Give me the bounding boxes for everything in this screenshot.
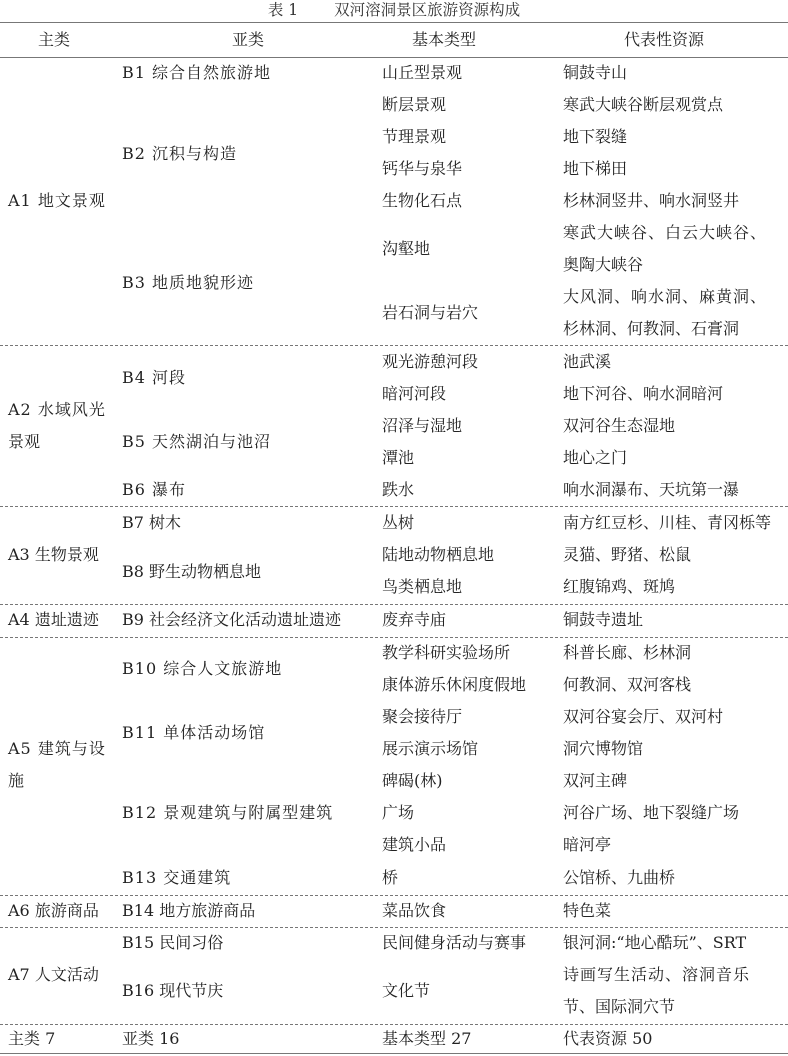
top-rule: [0, 22, 788, 23]
basic-type: 山丘型景观: [382, 57, 462, 89]
sub-category: B14 地方旅游商品: [122, 895, 255, 927]
sub-category: B13 交通建筑: [122, 862, 231, 894]
basic-type: 鸟类栖息地: [382, 571, 462, 603]
basic-type: 观光游憩河段: [382, 346, 478, 378]
representative-resource-line: 诗画写生活动、溶洞音乐: [563, 959, 750, 991]
basic-type: 沼泽与湿地: [382, 410, 462, 442]
main-category: A7 人文活动: [8, 959, 99, 991]
sub-category: B9 社会经济文化活动遗址遗迹: [122, 604, 341, 636]
basic-type: 聚会接待厅: [382, 701, 462, 733]
basic-type: 岩石洞与岩穴: [382, 297, 478, 329]
representative-resource: 池武溪: [563, 346, 611, 378]
basic-type: 民间健身活动与赛事: [382, 927, 526, 959]
sub-category: B7 树木: [122, 507, 181, 539]
main-category: A4 遗址遗迹: [8, 604, 99, 636]
representative-resource: 双河主碑: [563, 765, 627, 797]
total-representative: 代表资源 50: [563, 1023, 652, 1055]
sub-category: B10 综合人文旅游地: [122, 653, 282, 685]
header-sub-category: 亚类: [232, 24, 264, 56]
sub-category: B6 瀑布: [122, 474, 186, 506]
representative-resource: 地下裂缝: [563, 121, 627, 153]
representative-resource: 南方红豆杉、川桂、青冈栎等: [563, 507, 771, 539]
representative-resource: 河谷广场、地下裂缝广场: [563, 797, 739, 829]
representative-resource: 响水洞瀑布、天坑第一瀑: [563, 474, 739, 506]
basic-type: 广场: [382, 797, 414, 829]
basic-type: 生物化石点: [382, 185, 462, 217]
basic-type: 康体游乐休闲度假地: [382, 669, 526, 701]
main-category-line: 施: [8, 765, 24, 797]
basic-type: 碑碣(林): [382, 765, 443, 797]
representative-resource: 寒武大峡谷断层观赏点: [563, 89, 723, 121]
representative-resource: 洞穴博物馆: [563, 733, 643, 765]
representative-resource: 银河洞:“地心酷玩”、SRT: [563, 927, 746, 959]
basic-type: 节理景观: [382, 121, 446, 153]
representative-resource: 地下河谷、响水洞暗河: [563, 378, 723, 410]
basic-type: 教学科研实验场所: [382, 637, 510, 669]
representative-resource: 灵猫、野猪、松鼠: [563, 539, 691, 571]
header-main-category: 主类: [38, 24, 70, 56]
representative-resource: 地下梯田: [563, 153, 627, 185]
basic-type: 钙华与泉华: [382, 153, 462, 185]
basic-type: 潭池: [382, 442, 414, 474]
representative-resource: 科普长廊、杉林洞: [563, 637, 691, 669]
representative-resource: 特色菜: [563, 895, 611, 927]
basic-type: 菜品饮食: [382, 895, 446, 927]
total-main: 主类 7: [8, 1023, 55, 1055]
basic-type: 展示演示场馆: [382, 733, 478, 765]
sub-category: B2 沉积与构造: [122, 138, 237, 170]
representative-resource-line: 杉林洞、何教洞、石膏洞: [563, 313, 739, 345]
sub-category: B12 景观建筑与附属型建筑: [122, 797, 333, 829]
main-category-line: A5 建筑与设: [8, 733, 106, 765]
header-representative-resource: 代表性资源: [624, 24, 704, 56]
sub-category: B15 民间习俗: [122, 927, 223, 959]
main-category: A6 旅游商品: [8, 895, 99, 927]
basic-type: 断层景观: [382, 89, 446, 121]
representative-resource: 何教洞、双河客栈: [563, 669, 691, 701]
basic-type: 废弃寺庙: [382, 604, 446, 636]
total-sub: 亚类 16: [122, 1023, 179, 1055]
table-title: 双河溶洞景区旅游资源构成: [334, 1, 520, 19]
main-category: A1 地文景观: [8, 185, 106, 217]
sub-category: B16 现代节庆: [122, 975, 223, 1007]
basic-type: 陆地动物栖息地: [382, 539, 494, 571]
representative-resource-line: 节、国际洞穴节: [563, 991, 675, 1023]
representative-resource: 双河谷宴会厅、双河村: [563, 701, 723, 733]
representative-resource-line: 大风洞、响水洞、麻黄洞、: [563, 281, 767, 313]
basic-type: 沟壑地: [382, 233, 430, 265]
sub-category: B4 河段: [122, 362, 186, 394]
sub-category: B11 单体活动场馆: [122, 717, 265, 749]
representative-resource: 杉林洞竖井、响水洞竖井: [563, 185, 739, 217]
basic-type: 桥: [382, 862, 398, 894]
representative-resource: 公馆桥、九曲桥: [563, 862, 675, 894]
basic-type: 文化节: [382, 975, 430, 1007]
total-basic: 基本类型 27: [382, 1023, 471, 1055]
representative-resource: 铜鼓寺山: [563, 57, 627, 89]
sub-category: B8 野生动物栖息地: [122, 556, 261, 588]
table-number: 表 1: [268, 1, 298, 19]
sub-category: B3 地质地貌形迹: [122, 267, 254, 299]
table-caption: 表 1双河溶洞景区旅游资源构成: [0, 0, 788, 20]
representative-resource-line: 寒武大峡谷、白云大峡谷、: [563, 217, 767, 249]
basic-type: 丛树: [382, 507, 414, 539]
representative-resource: 暗河亭: [563, 829, 611, 861]
basic-type: 建筑小品: [382, 829, 446, 861]
main-category-line: A2 水域风光: [8, 394, 106, 426]
representative-resource: 地心之门: [563, 442, 627, 474]
basic-type: 暗河河段: [382, 378, 446, 410]
sub-category: B1 综合自然旅游地: [122, 57, 271, 89]
representative-resource: 双河谷生态湿地: [563, 410, 675, 442]
main-category: A3 生物景观: [8, 539, 99, 571]
representative-resource-line: 奥陶大峡谷: [563, 249, 643, 281]
basic-type: 跌水: [382, 474, 414, 506]
header-basic-type: 基本类型: [412, 24, 476, 56]
bottom-rule: [0, 1053, 788, 1054]
representative-resource: 铜鼓寺遗址: [563, 604, 643, 636]
representative-resource: 红腹锦鸡、斑鸠: [563, 571, 675, 603]
sub-category: B5 天然湖泊与池沼: [122, 426, 271, 458]
main-category-line: 景观: [8, 426, 40, 458]
